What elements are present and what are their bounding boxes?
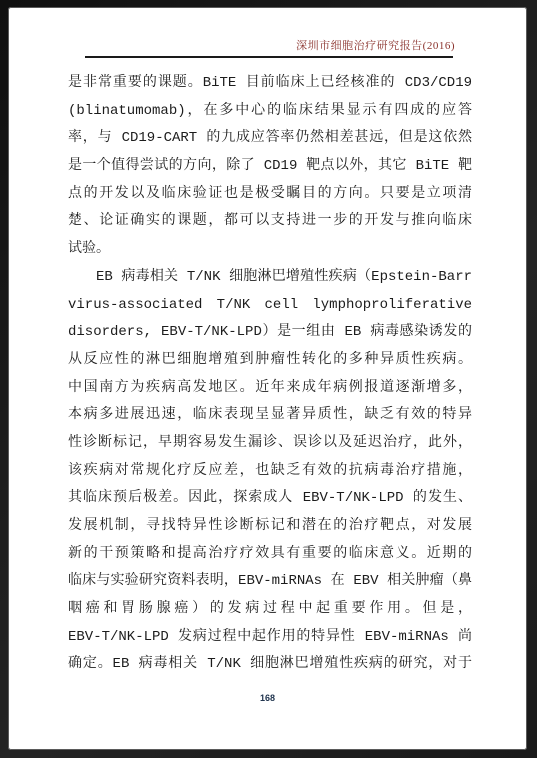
body-line: 确定。EB 病毒相关 T/NK 细胞淋巴增殖性疾病的研究，对于 bbox=[68, 651, 472, 679]
body-line: 是非常重要的课题。BiTE 目前临床上已经核准的 CD3/CD19 bbox=[68, 70, 472, 98]
body-text-block: 是非常重要的课题。BiTE 目前临床上已经核准的 CD3/CD19 (blina… bbox=[68, 70, 472, 679]
body-line: 点的开发以及临床验证也是极受瞩目的方向。只要是立项清 bbox=[68, 181, 472, 209]
body-line-paragraph-end: 试验。 bbox=[68, 236, 472, 264]
body-line: 发展机制，寻找特异性诊断标记和潜在的治疗靶点，对发展 bbox=[68, 513, 472, 541]
document-page: 深圳市细胞治疗研究报告(2016) 是非常重要的课题。BiTE 目前临床上已经核… bbox=[8, 7, 527, 750]
header-divider bbox=[85, 56, 453, 58]
body-line: 该疾病对常规化疗反应差，也缺乏有效的抗病毒治疗措施， bbox=[68, 458, 472, 486]
page-number: 168 bbox=[8, 693, 527, 703]
body-line: 从反应性的淋巴细胞增殖到肿瘤性转化的多种异质性疾病。 bbox=[68, 347, 472, 375]
body-line: EBV-T/NK-LPD 发病过程中起作用的特异性 EBV-miRNAs 尚未 bbox=[68, 624, 472, 652]
body-line: 其临床预后极差。因此，探索成人 EBV-T/NK-LPD 的发生、 bbox=[68, 485, 472, 513]
body-line: 性诊断标记，早期容易发生漏诊、误诊以及延迟治疗，此外， bbox=[68, 430, 472, 458]
body-line: virus-associated T/NK cell lymphoprolife… bbox=[68, 292, 472, 320]
body-line-paragraph-start: EB 病毒相关 T/NK 细胞淋巴增殖性疾病（Epstein-Barr bbox=[68, 264, 472, 292]
body-line: 临床与实验研究资料表明，EBV-miRNAs 在 EBV 相关肿瘤（鼻 bbox=[68, 568, 472, 596]
body-line: 是一个值得尝试的方向，除了 CD19 靶点以外，其它 BiTE 靶 bbox=[68, 153, 472, 181]
body-line: 本病多进展迅速，临床表现呈显著异质性，缺乏有效的特异 bbox=[68, 402, 472, 430]
body-line: 楚、论证确实的课题，都可以支持进一步的开发与推向临床 bbox=[68, 208, 472, 236]
report-header-title: 深圳市细胞治疗研究报告(2016) bbox=[87, 39, 455, 53]
body-line: 咽癌和胃肠腺癌）的发病过程中起重要作用。但是， bbox=[68, 596, 472, 624]
body-line: 新的干预策略和提高治疗疗效具有重要的临床意义。近期的 bbox=[68, 541, 472, 569]
body-line: 中国南方为疾病高发地区。近年来成年病例报道逐渐增多， bbox=[68, 375, 472, 403]
body-line: disorders, EBV-T/NK-LPD）是一组由 EB 病毒感染诱发的 bbox=[68, 319, 472, 347]
body-line: 率，与 CD19-CART 的九成应答率仍然相差甚远，但是这依然 bbox=[68, 125, 472, 153]
body-line: (blinatumomab)，在多中心的临床结果显示有四成的应答 bbox=[68, 98, 472, 126]
